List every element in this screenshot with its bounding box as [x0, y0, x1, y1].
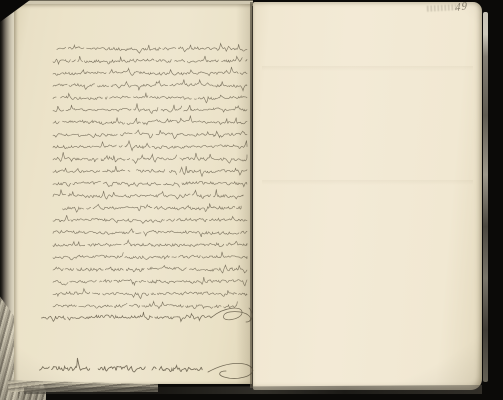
- handwriting-stroke: [53, 116, 247, 125]
- handwriting-stroke: [57, 44, 247, 54]
- handwriting-stroke: [53, 181, 247, 187]
- handwriting-stroke: [53, 265, 247, 273]
- handwriting-stroke: [212, 308, 252, 322]
- handwriting-stroke: [53, 166, 247, 176]
- handwriting-stroke: [53, 240, 247, 247]
- handwriting-stroke: [98, 366, 146, 372]
- handwriting-stroke: [53, 189, 243, 199]
- scan-background: 49: [0, 0, 503, 400]
- handwriting-stroke: [53, 80, 247, 91]
- handwriting-stroke: [53, 215, 247, 223]
- handwriting-stroke: [53, 93, 247, 103]
- handwriting-stroke: [39, 358, 89, 371]
- handwriting-stroke: [63, 203, 242, 212]
- handwriting-stroke: [53, 141, 247, 151]
- handwriting-stroke: [53, 277, 247, 286]
- handwriting-stroke: [208, 363, 253, 378]
- handwriting-layer: [0, 0, 503, 400]
- handwriting-stroke: [53, 152, 247, 163]
- handwriting-stroke: [53, 302, 237, 309]
- handwriting-stroke: [53, 229, 247, 237]
- handwriting-stroke: [53, 56, 247, 64]
- handwriting-stroke: [41, 312, 212, 322]
- handwriting-stroke: [53, 67, 247, 76]
- handwriting-stroke: [53, 103, 247, 113]
- handwriting-stroke: [53, 289, 247, 299]
- handwriting-stroke: [53, 130, 247, 139]
- handwriting-stroke: [53, 252, 247, 260]
- handwriting-stroke: [152, 366, 202, 372]
